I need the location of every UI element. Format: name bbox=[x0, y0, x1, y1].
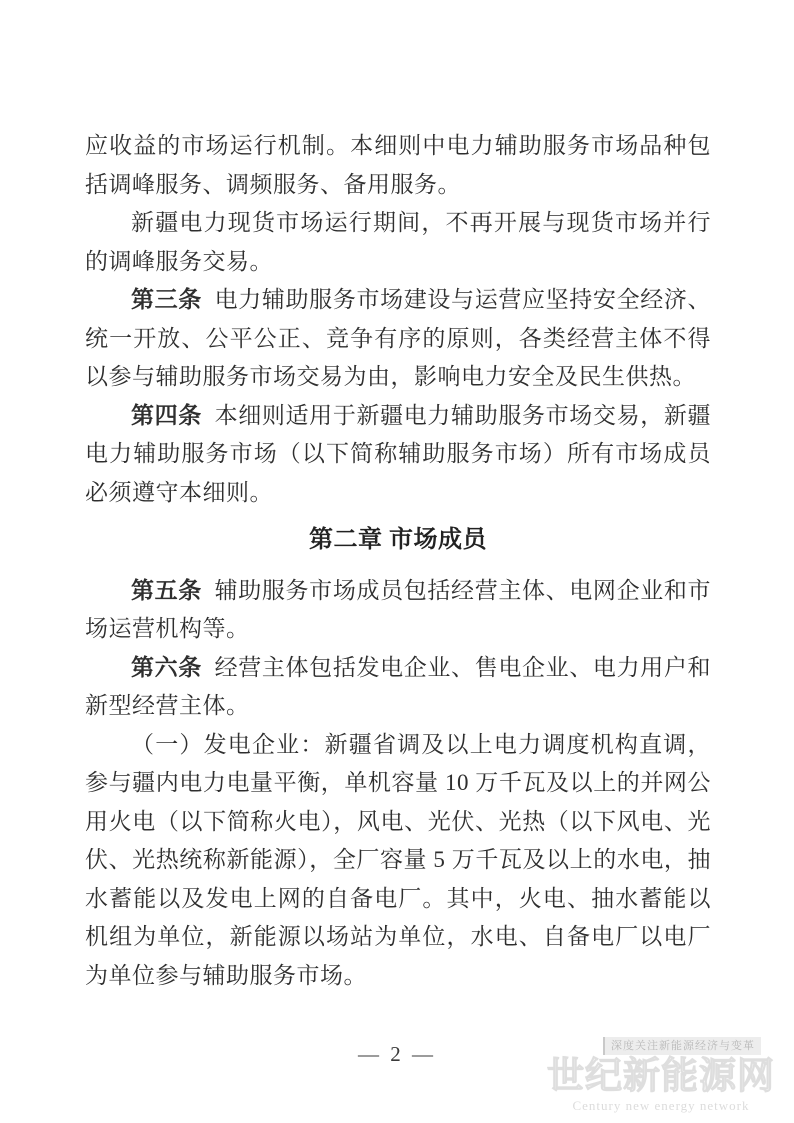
paragraph-article-6: 第六条经营主体包括发电企业、售电企业、电力用户和新型经营主体。 bbox=[85, 649, 711, 726]
paragraph-continuation: 应收益的市场运行机制。本细则中电力辅助服务市场品种包括调峰服务、调频服务、备用服… bbox=[85, 127, 711, 204]
paragraph-item-1: （一）发电企业：新疆省调及以上电力调度机构直调，参与疆内电力电量平衡，单机容量 … bbox=[85, 726, 711, 996]
chapter-heading: 第二章 市场成员 bbox=[85, 521, 711, 560]
paragraph-article-4: 第四条本细则适用于新疆电力辅助服务市场交易，新疆电力辅助服务市场（以下简称辅助服… bbox=[85, 397, 711, 513]
page-number: — 2 — bbox=[0, 1042, 794, 1067]
article-number-label: 第五条 bbox=[131, 578, 202, 603]
article-number-label: 第六条 bbox=[131, 655, 202, 680]
paragraph: 新疆电力现货市场运行期间，不再开展与现货市场并行的调峰服务交易。 bbox=[85, 204, 711, 281]
document-body: 应收益的市场运行机制。本细则中电力辅助服务市场品种包括调峰服务、调频服务、备用服… bbox=[85, 127, 711, 995]
document-page: 应收益的市场运行机制。本细则中电力辅助服务市场品种包括调峰服务、调频服务、备用服… bbox=[0, 0, 794, 1123]
paragraph-article-3: 第三条电力辅助服务市场建设与运营应坚持安全经济、统一开放、公平公正、竞争有序的原… bbox=[85, 281, 711, 397]
article-number-label: 第三条 bbox=[131, 287, 202, 312]
paragraph-article-5: 第五条辅助服务市场成员包括经营主体、电网企业和市场运营机构等。 bbox=[85, 572, 711, 649]
article-number-label: 第四条 bbox=[131, 403, 202, 428]
watermark-site-name-en: Century new energy network bbox=[530, 1098, 792, 1114]
